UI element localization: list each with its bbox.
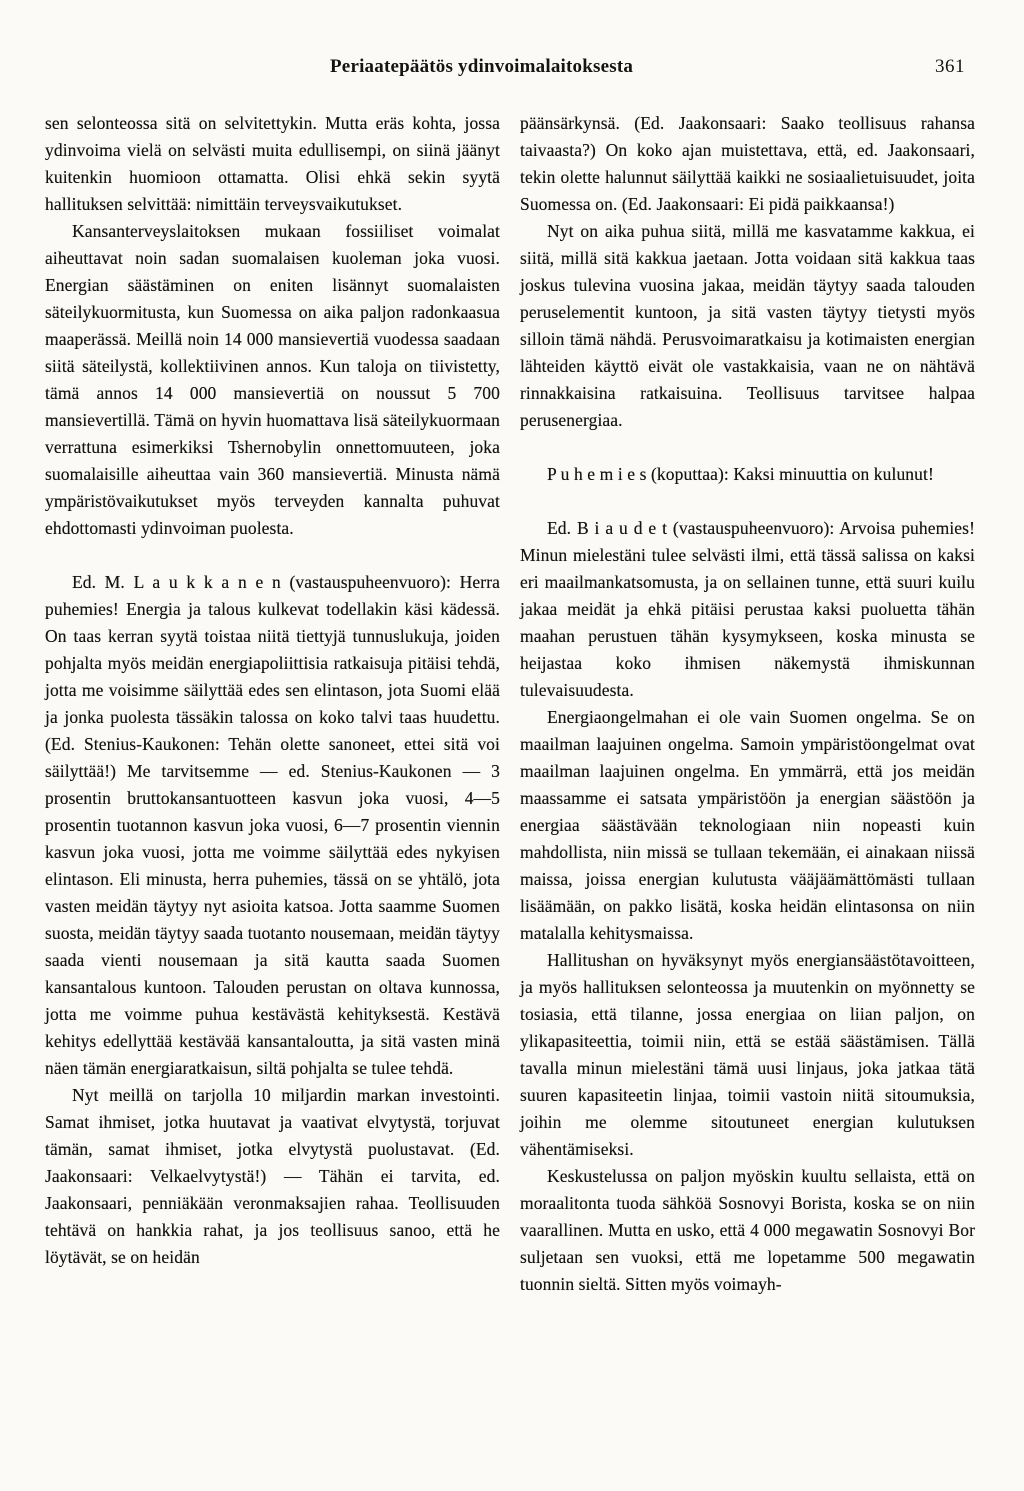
paragraph: Nyt meillä on tarjolla 10 miljardin mark… <box>45 1082 500 1271</box>
paragraph: sen selonteossa sitä on selvitettykin. M… <box>45 110 500 218</box>
paragraph-speech-puhemies: P u h e m i e s (koputtaa): Kaksi minuut… <box>520 461 975 488</box>
paragraph: Keskustelussa on paljon myöskin kuultu s… <box>520 1163 975 1298</box>
paragraph: Energiaongelmahan ei ole vain Suomen ong… <box>520 704 975 947</box>
paragraph: Hallitushan on hyväksynyt myös energians… <box>520 947 975 1163</box>
right-column: päänsärkynsä. (Ed. Jaakonsaari: Saako te… <box>520 110 975 1298</box>
left-column: sen selonteossa sitä on selvitettykin. M… <box>45 110 500 1298</box>
page-number: 361 <box>935 56 965 78</box>
document-page: Periaatepäätös ydinvoimalaitoksesta 361 … <box>0 0 1024 1491</box>
paragraph-speech-biaudet: Ed. B i a u d e t (vastauspuheenvuoro): … <box>520 515 975 704</box>
paragraph: päänsärkynsä. (Ed. Jaakonsaari: Saako te… <box>520 110 975 218</box>
text-columns: sen selonteossa sitä on selvitettykin. M… <box>45 110 976 1298</box>
paragraph: Nyt on aika puhua siitä, millä me kasvat… <box>520 218 975 434</box>
paragraph: Kansanterveyslaitoksen mukaan fossiilise… <box>45 218 500 542</box>
page-title: Periaatepäätös ydinvoimalaitoksesta <box>330 56 633 78</box>
paragraph-speech-laukkanen: Ed. M. L a u k k a n e n (vastauspuheenv… <box>45 569 500 1082</box>
